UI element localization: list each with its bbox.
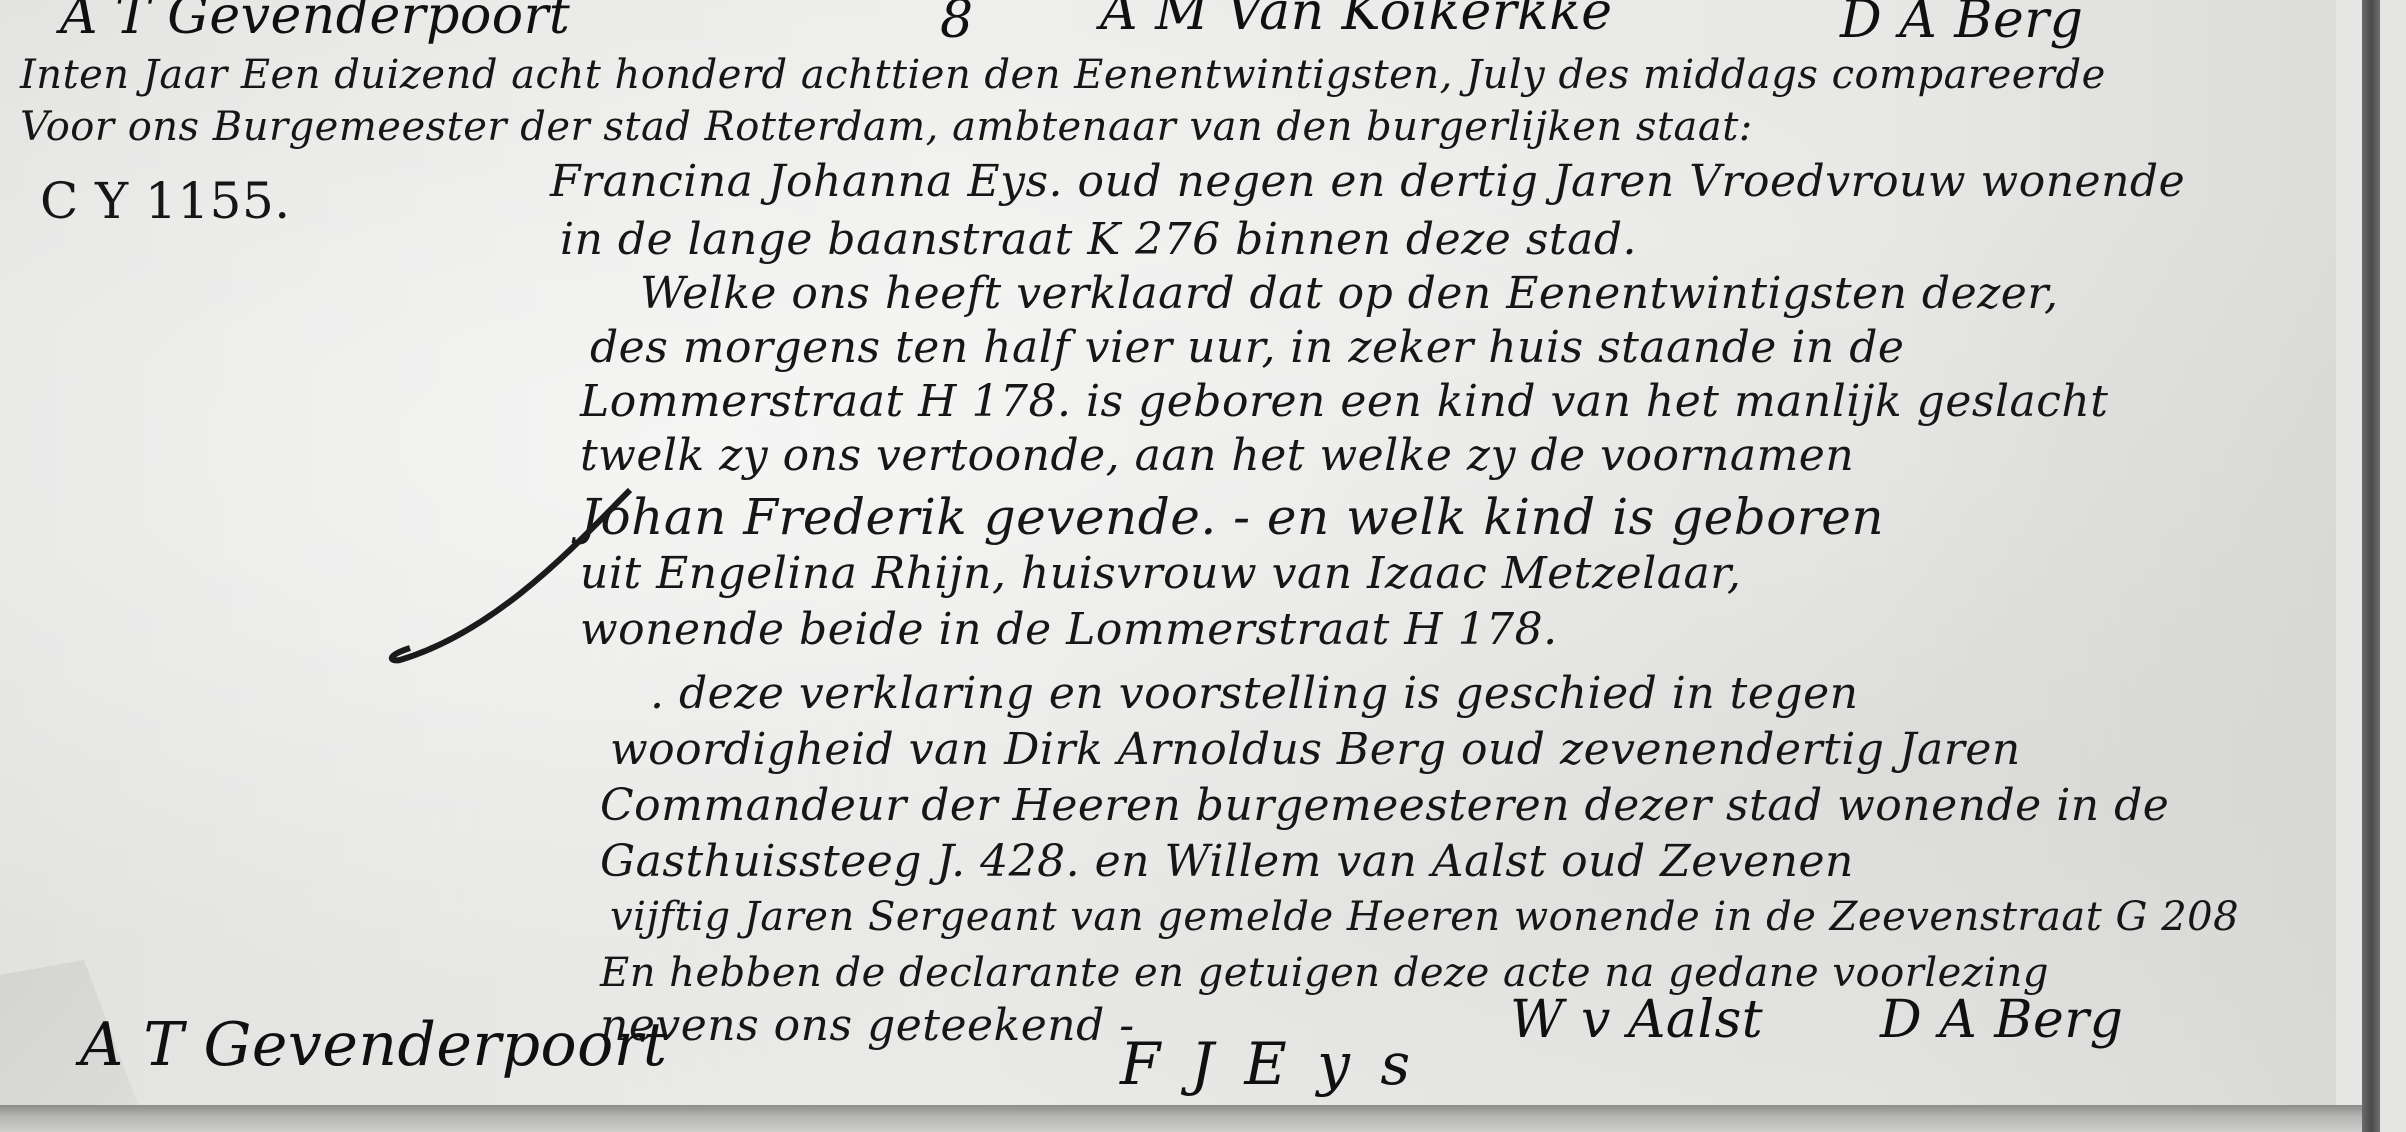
page-margin-right [2380,0,2406,1132]
record-line-2: Voor ons Burgemeester der stad Rotterdam… [20,104,1753,150]
binding-edge [2362,0,2380,1132]
record-line-parents: uit Engelina Rhijn, huisvrouw van Izaac … [580,548,1741,599]
signature-witness-2: D A Berg [1880,990,2123,1050]
header-signature-middle: A M Van Koikerkke [1100,0,1612,42]
record-line-child-name: Johan Frederik gevende. - en welk kind i… [580,488,1884,546]
header-signature-left: A T Gevenderpoort [60,0,570,46]
signature-witness-1: W v Aalst [1510,990,1763,1050]
margin-record-number: C Y 1155. [40,172,291,230]
header-signature-right: D A Berg [1840,0,2083,50]
record-line-12: . deze verklaring en voorstelling is ges… [650,668,1858,719]
page-bottom-edge [0,1105,2362,1132]
record-line-residence: wonende beide in de Lommerstraat H 178. [580,604,1558,655]
record-line-16: vijftig Jaren Sergeant van gemelde Heere… [610,894,2239,940]
record-line-18: nevens ons geteekend - [600,1000,1135,1051]
record-line-7: Lommerstraat H 178. is geboren een kind … [580,376,2108,427]
signature-official: A T Gevenderpoort [80,1010,668,1080]
header-mark: 8 [940,0,974,50]
record-line-5: Welke ons heeft verklaard dat op den Een… [640,268,2059,319]
record-line-15: Gasthuissteeg J. 428. en Willem van Aals… [600,836,1854,887]
record-line-4: in de lange baanstraat K 276 binnen deze… [560,214,1637,265]
record-line-6: des morgens ten half vier uur, in zeker … [590,322,1904,373]
flourish-stroke [380,480,640,670]
record-line-8: twelk zy ons vertoonde, aan het welke zy… [580,430,1854,481]
signature-declarant: F J E y s [1120,1030,1416,1098]
record-line-3: Francina Johanna Eys. oud negen en derti… [550,156,2185,207]
record-line-13: woordigheid van Dirk Arnoldus Berg oud z… [610,724,2021,775]
record-line-1: Inten Jaar Een duizend acht honderd acht… [20,52,2106,98]
record-line-17: En hebben de declarante en getuigen deze… [600,950,2049,996]
record-line-14: Commandeur der Heeren burgemeesteren dez… [600,780,2169,831]
